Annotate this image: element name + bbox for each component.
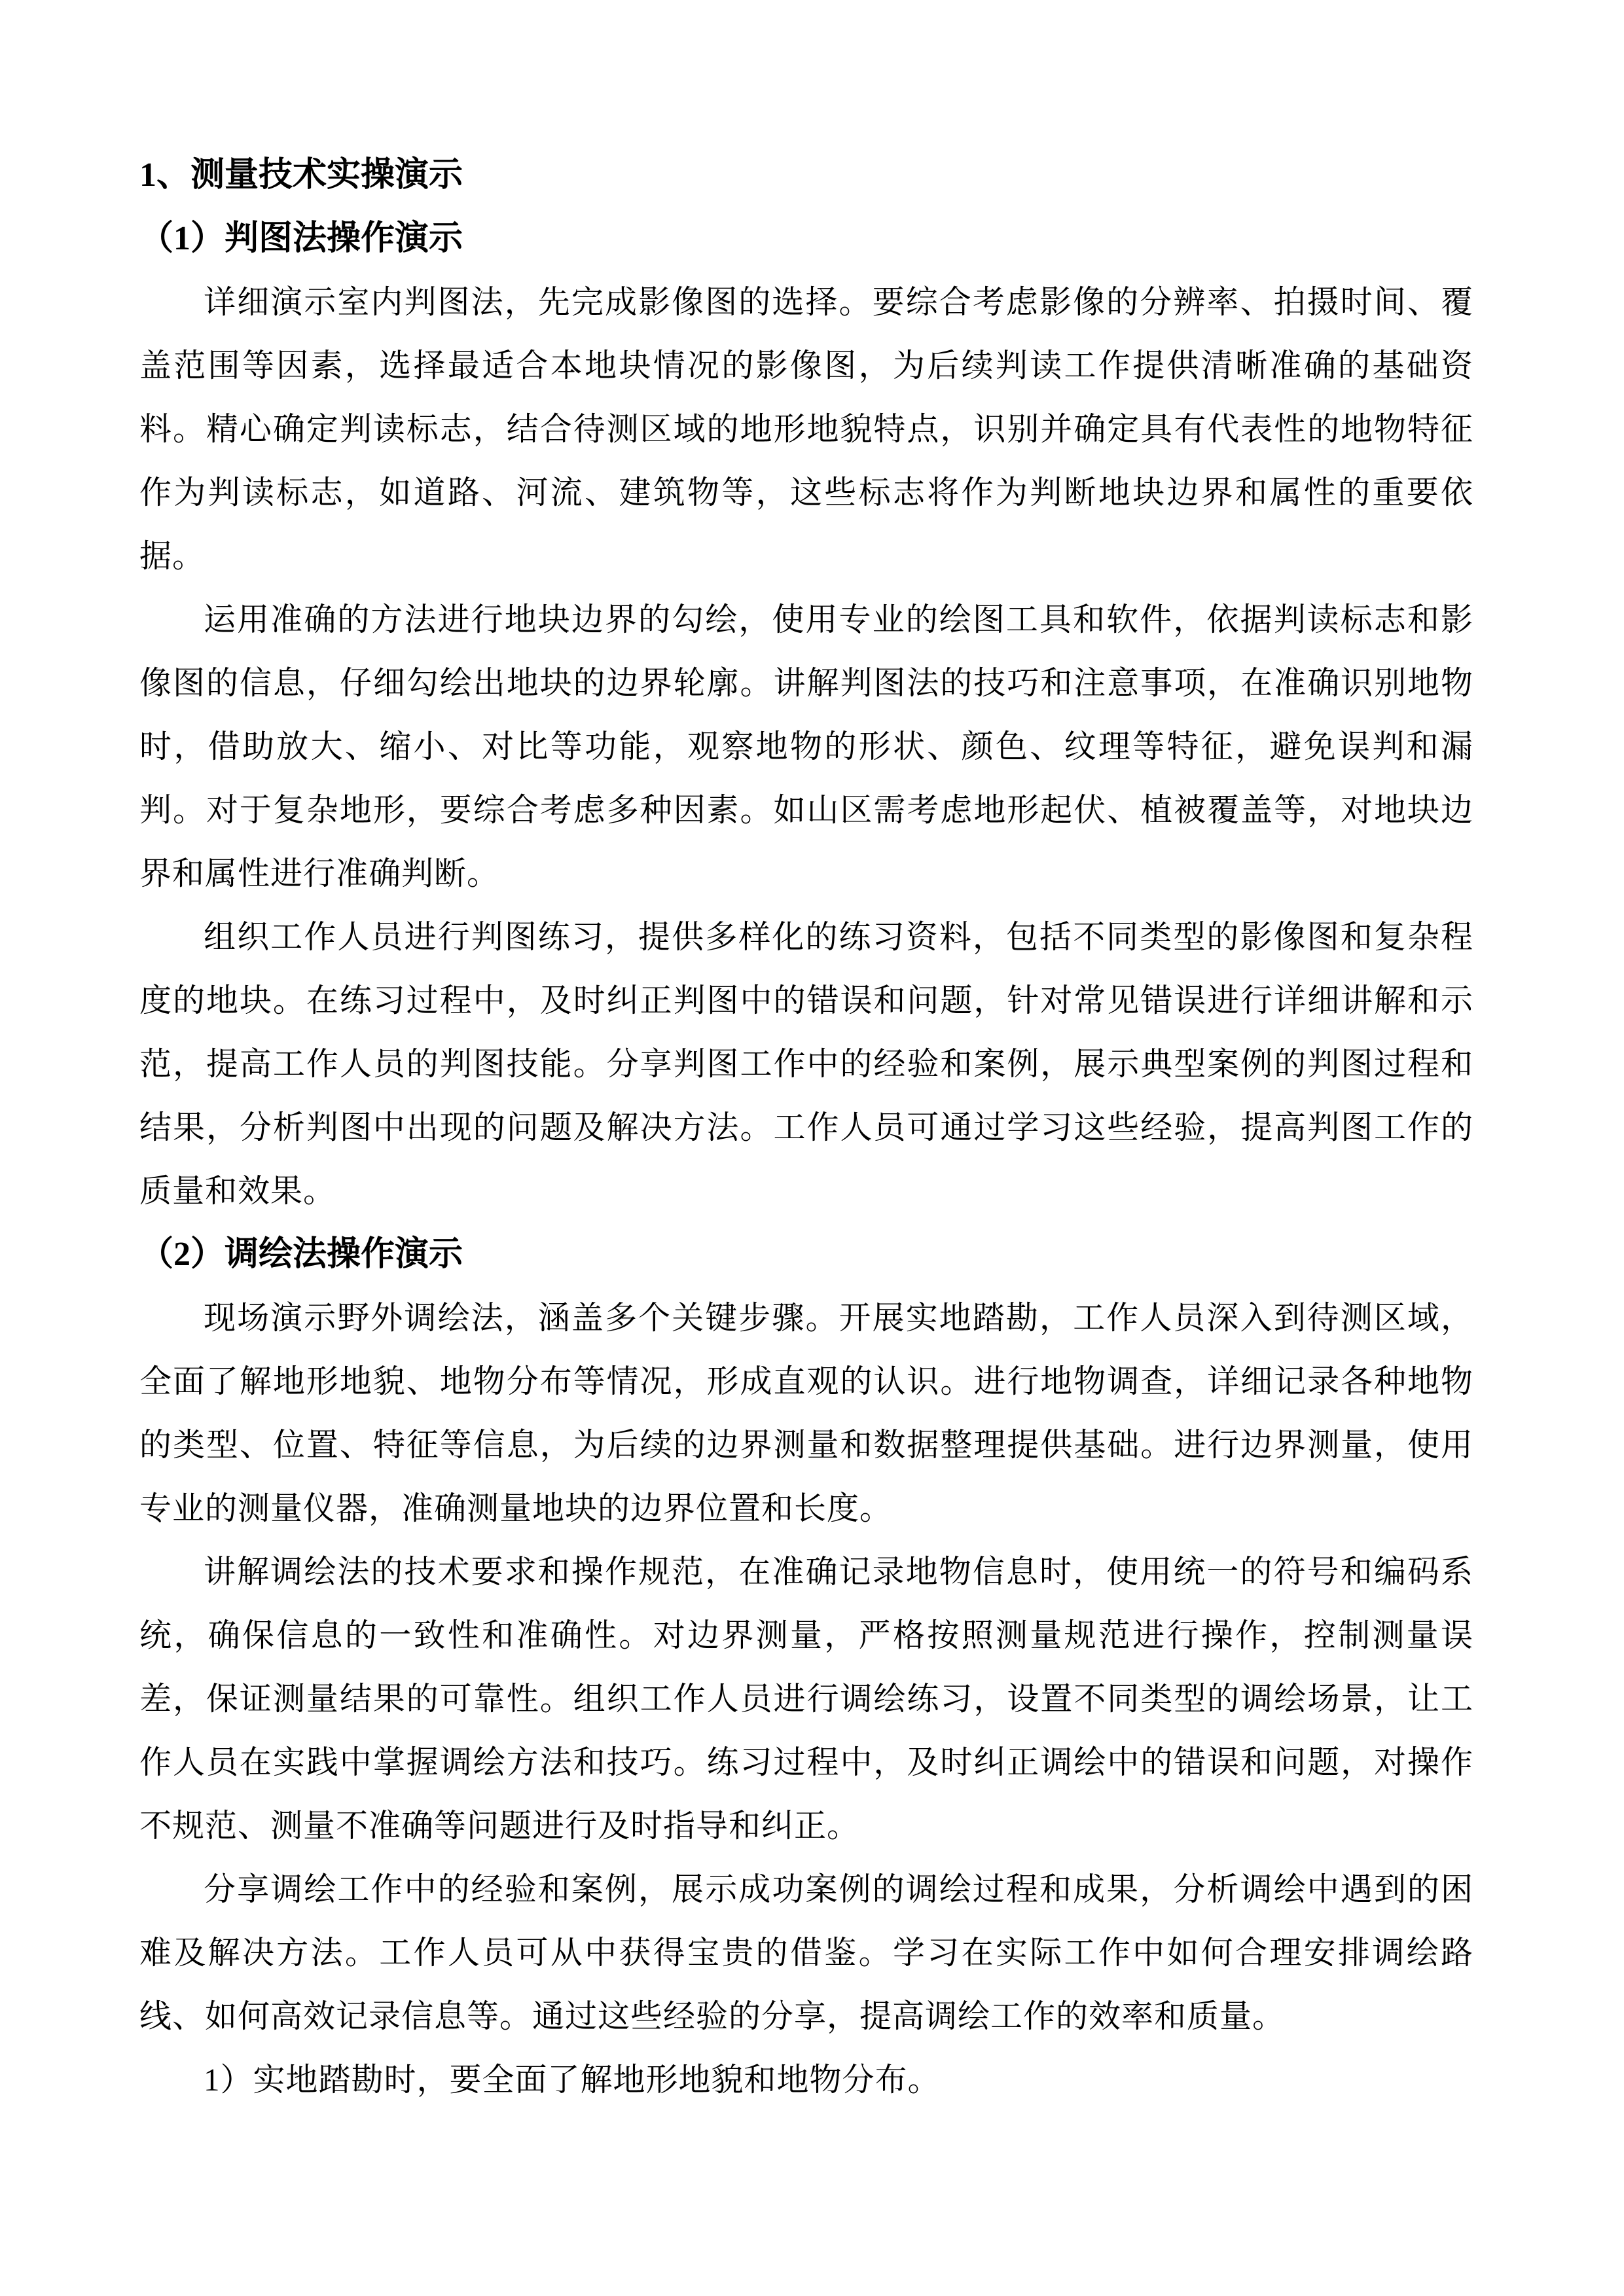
section-1-paragraph-2: 运用准确的方法进行地块边界的勾绘，使用专业的绘图工具和软件，依据判读标志和影像图… [139,588,1473,905]
section-1-paragraph-1: 详细演示室内判图法，先完成影像图的选择。要综合考虑影像的分辨率、拍摄时间、覆盖范… [139,270,1473,588]
section-2-paragraph-3: 分享调绘工作中的经验和案例，展示成功案例的调绘过程和成果，分析调绘中遇到的困难及… [139,1857,1473,2048]
section-1-paragraph-3: 组织工作人员进行判图练习，提供多样化的练习资料，包括不同类型的影像图和复杂程度的… [139,905,1473,1223]
section-2-paragraph-2: 讲解调绘法的技术要求和操作规范，在准确记录地物信息时，使用统一的符号和编码系统，… [139,1540,1473,1857]
section-2-list-item-paragraph: 1）实地踏勘时，要全面了解地形地貌和地物分布。 [139,2048,1473,2111]
section-2-heading: （2）调绘法操作演示 [139,1223,1473,1286]
section-2-paragraph-1: 现场演示野外调绘法，涵盖多个关键步骤。开展实地踏勘，工作人员深入到待测区域，全面… [139,1286,1473,1540]
section-1-heading: （1）判图法操作演示 [139,207,1473,270]
document-page: 1、测量技术实操演示 （1）判图法操作演示 详细演示室内判图法，先完成影像图的选… [0,0,1624,2296]
document-heading: 1、测量技术实操演示 [139,143,1473,207]
